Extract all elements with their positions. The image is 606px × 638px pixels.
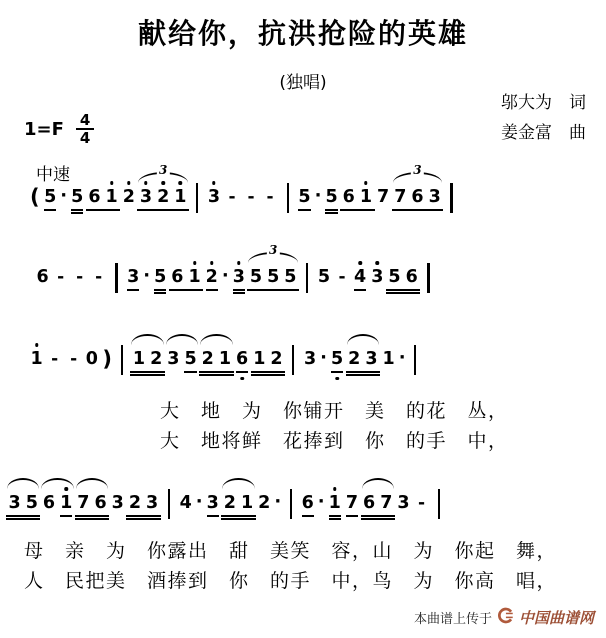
- group-notes: 23: [126, 492, 160, 514]
- duration-dash: -: [226, 186, 239, 208]
- note: 1: [383, 348, 395, 370]
- note: 7: [77, 492, 89, 514]
- triplet-number: 3: [411, 164, 423, 176]
- note: 2: [224, 492, 236, 514]
- beam-underline: [298, 209, 310, 211]
- slur-arc: [41, 478, 73, 489]
- augmentation-dot: ·: [274, 492, 281, 512]
- slur-group: 56: [386, 266, 420, 288]
- beam-underline: [346, 515, 358, 517]
- barline: [196, 183, 198, 213]
- beam-underline: [233, 292, 245, 294]
- note-digit: 6: [302, 493, 314, 513]
- note: 1: [133, 348, 145, 370]
- note: 3: [146, 492, 158, 514]
- lyrics-verse2-line1: 大 地将鲜 花捧到 你 的手 中，: [160, 426, 509, 453]
- beam-underline: [251, 371, 285, 373]
- time-signature-top: 4: [76, 112, 94, 130]
- barline: [306, 263, 308, 293]
- slur-group: 61: [169, 266, 203, 288]
- slur-group: 12: [251, 348, 285, 370]
- note-digit: 3: [397, 493, 409, 513]
- group-notes: 56: [386, 266, 420, 288]
- note-digit: 5: [388, 267, 400, 287]
- octave-up-dot: [333, 487, 337, 491]
- note: 3: [167, 348, 179, 370]
- slur-group: 23: [346, 348, 380, 370]
- note-digit: 5: [298, 187, 310, 207]
- note: 6: [343, 186, 355, 208]
- barline: [287, 183, 289, 213]
- qupu-site-logo-icon: [497, 607, 514, 628]
- note-digit: 3: [146, 493, 158, 513]
- group-notes: 61: [86, 186, 120, 208]
- note-digit: 7: [346, 493, 358, 513]
- beam-underline: [154, 289, 166, 291]
- parenthesis: (: [30, 186, 40, 209]
- note-digit: 6: [236, 349, 248, 369]
- octave-up-dot: [210, 261, 214, 265]
- augmentation-dot: ·: [315, 186, 322, 206]
- augmentation-dot: ·: [399, 348, 406, 368]
- slur-arc: [362, 478, 394, 489]
- beam-underline: [361, 515, 395, 517]
- note: 2: [123, 186, 135, 208]
- sheet-music-page: 献给你，抗洪抢险的英雄 (独唱) 邬大为 词 姜金富 曲 1=F 4 4 中速 …: [0, 0, 606, 638]
- music-line-4: 3561763234·3212·6·17673-: [6, 492, 447, 519]
- note-digit: 1: [31, 349, 43, 369]
- note-digit: 6: [171, 267, 183, 287]
- note: 1: [106, 186, 118, 208]
- music-line-2: 6---3·5612·355535-4356: [34, 266, 437, 293]
- group-notes: 61: [169, 266, 203, 288]
- barline: [414, 345, 416, 375]
- group-notes: 35: [6, 492, 40, 514]
- group-notes: 12: [251, 348, 285, 370]
- note: 5: [250, 266, 262, 288]
- note: 5: [331, 348, 343, 370]
- note: 7: [394, 186, 406, 208]
- note-digit: 3: [207, 493, 219, 513]
- barline: [121, 345, 123, 375]
- note: 6: [236, 348, 248, 370]
- octave-up-dot: [127, 181, 131, 185]
- group-notes: 21: [199, 348, 233, 370]
- barline: [450, 183, 452, 213]
- beam-underline: [325, 212, 337, 214]
- note: 2: [258, 492, 270, 514]
- beam-underline: [199, 371, 233, 373]
- slur-group: 12: [130, 348, 164, 370]
- note: 7: [377, 186, 389, 208]
- note-digit: 2: [270, 349, 282, 369]
- note: 3: [304, 348, 316, 370]
- note-digit: 6: [343, 187, 355, 207]
- note: 5: [71, 186, 83, 208]
- note-digit: 6: [37, 267, 49, 287]
- upload-note: 本曲谱上传于: [414, 608, 492, 627]
- note: 2: [348, 348, 360, 370]
- note-digit: 1: [60, 493, 72, 513]
- note: 2: [129, 492, 141, 514]
- beam-underline: [71, 209, 83, 211]
- note: 5: [26, 492, 38, 514]
- slur-arc: [166, 334, 198, 345]
- note-digit: 1: [106, 187, 118, 207]
- beam-underline: [126, 518, 160, 520]
- group-notes: 763: [392, 186, 444, 208]
- note: 6: [43, 492, 55, 514]
- note: 1: [253, 348, 265, 370]
- note-digit: 6: [43, 493, 55, 513]
- time-signature-bottom: 4: [76, 130, 94, 146]
- augmentation-dot: ·: [143, 266, 150, 286]
- triplet-number: 3: [157, 164, 169, 176]
- octave-up-dot: [237, 261, 241, 265]
- note: 5: [388, 266, 400, 288]
- note: 3: [365, 348, 377, 370]
- site-name: 中国曲谱网: [519, 607, 594, 628]
- music-line-1: (5·561232133---5·56177633: [28, 186, 460, 213]
- beam-underline: [154, 292, 166, 294]
- note-digit: 5: [318, 267, 330, 287]
- song-title: 献给你，抗洪抢险的英雄: [0, 12, 606, 52]
- note: 7: [346, 492, 358, 514]
- note-digit: 6: [411, 187, 423, 207]
- octave-up-dot: [364, 181, 368, 185]
- note: 6: [302, 492, 314, 514]
- duration-dash: -: [67, 348, 80, 370]
- beam-underline: [137, 209, 189, 211]
- group-notes: 21: [221, 492, 255, 514]
- beam-underline: [207, 515, 219, 517]
- beam-underline: [329, 515, 341, 517]
- note-digit: 2: [202, 349, 214, 369]
- barline: [115, 263, 117, 293]
- augmentation-dot: ·: [318, 492, 325, 512]
- beam-underline: [206, 289, 218, 291]
- credits: 邬大为 词 姜金富 曲: [501, 88, 586, 148]
- note: 5: [325, 186, 337, 208]
- slur-group: 61: [40, 492, 74, 514]
- note-digit: 3: [304, 349, 316, 369]
- beam-underline: [302, 515, 314, 517]
- beam-underline: [247, 289, 299, 291]
- note: 3: [233, 266, 245, 288]
- note-digit: 1: [360, 187, 372, 207]
- beam-underline: [60, 515, 72, 517]
- beam-underline: [361, 518, 395, 520]
- parenthesis: ): [102, 348, 112, 371]
- note-digit: 3: [208, 187, 220, 207]
- note: 6: [171, 266, 183, 288]
- note-digit: 6: [88, 187, 100, 207]
- lyrics-verse1-line1: 大 地 为 你铺开 美 的花 丛，: [160, 396, 509, 423]
- note-digit: 3: [365, 349, 377, 369]
- note-digit: 3: [167, 349, 179, 369]
- note-digit: 3: [233, 267, 245, 287]
- slur-arc: [131, 334, 163, 345]
- beam-underline: [325, 209, 337, 211]
- note-digit: 5: [250, 267, 262, 287]
- lyrics-verse1-line2: 母 亲 为 你露出 甜 美笑 容，山 为 你起 舞，: [24, 536, 557, 563]
- beam-underline: [6, 518, 40, 520]
- octave-up-dot: [35, 343, 39, 347]
- lyricist-credit: 邬大为 词: [501, 88, 586, 118]
- beam-underline: [75, 515, 109, 517]
- note-digit: 1: [383, 349, 395, 369]
- slur-group: 21: [221, 492, 255, 514]
- note: 6: [94, 492, 106, 514]
- augmentation-dot: ·: [320, 348, 327, 368]
- note-digit: 2: [129, 493, 141, 513]
- key-time-signature: 1=F 4 4: [24, 112, 94, 146]
- note-digit: 5: [267, 267, 279, 287]
- note-digit: 3: [140, 187, 152, 207]
- octave-up-dot: [193, 261, 197, 265]
- note: 3: [9, 492, 21, 514]
- group-notes: 61: [40, 492, 74, 514]
- beam-underline: [346, 374, 380, 376]
- note: 6: [363, 492, 375, 514]
- group-notes: 12: [130, 348, 164, 370]
- note: 5: [154, 266, 166, 288]
- group-notes: 76: [75, 492, 109, 514]
- note: 1: [174, 186, 186, 208]
- note-digit: 7: [77, 493, 89, 513]
- duration-dash: -: [336, 266, 349, 288]
- note: 5: [44, 186, 56, 208]
- note-digit: 2: [123, 187, 135, 207]
- group-notes: 67: [361, 492, 395, 514]
- note-digit: 5: [331, 349, 343, 369]
- note: 5: [318, 266, 330, 288]
- note-digit: 3: [429, 187, 441, 207]
- note: 6: [406, 266, 418, 288]
- note-digit: 5: [284, 267, 296, 287]
- note-digit: 7: [377, 187, 389, 207]
- note: 2: [206, 266, 218, 288]
- duration-dash: -: [415, 492, 428, 514]
- duration-dash: -: [48, 348, 61, 370]
- note: 3: [208, 186, 220, 208]
- beam-underline: [354, 289, 366, 291]
- beam-underline: [75, 518, 109, 520]
- note-digit: 3: [112, 493, 124, 513]
- note: 3: [207, 492, 219, 514]
- beam-underline: [199, 374, 233, 376]
- note: 5: [284, 266, 296, 288]
- beam-underline: [340, 209, 374, 211]
- slur-arc: [200, 334, 232, 345]
- note-digit: 3: [9, 493, 21, 513]
- beam-underline: [71, 212, 83, 214]
- rest-note: 0: [86, 348, 98, 370]
- note: 3: [127, 266, 139, 288]
- lyrics-verse2-line2: 人 民把美 酒捧到 你 的手 中，鸟 为 你高 唱，: [24, 566, 557, 593]
- slur-group: 76: [75, 492, 109, 514]
- note: 6: [88, 186, 100, 208]
- beam-underline: [233, 289, 245, 291]
- note: 1: [360, 186, 372, 208]
- triplet-group: 5553: [247, 266, 299, 288]
- note-digit: 1: [188, 267, 200, 287]
- augmentation-dot: ·: [222, 266, 229, 286]
- barline: [292, 345, 294, 375]
- note-digit: 2: [206, 267, 218, 287]
- triplet-group: 3213: [137, 186, 189, 208]
- composer-credit: 姜金富 曲: [501, 118, 586, 148]
- note: 3: [140, 186, 152, 208]
- note: 1: [241, 492, 253, 514]
- barline: [438, 489, 440, 519]
- note-digit: 5: [71, 187, 83, 207]
- duration-dash: -: [92, 266, 105, 288]
- note: 1: [219, 348, 231, 370]
- group-notes: 35: [165, 348, 199, 370]
- note: 1: [60, 492, 72, 514]
- note-digit: 5: [325, 187, 337, 207]
- note: 4: [354, 266, 366, 288]
- octave-up-dot: [110, 181, 114, 185]
- note-digit: 0: [86, 349, 98, 369]
- note: 5: [184, 348, 196, 370]
- slur-group: 61: [340, 186, 374, 208]
- beam-underline: [386, 292, 420, 294]
- triplet-number: 3: [267, 244, 279, 256]
- beam-underline: [392, 209, 444, 211]
- group-notes: 61: [340, 186, 374, 208]
- note-digit: 4: [180, 493, 192, 513]
- beam-underline: [127, 289, 139, 291]
- augmentation-dot: ·: [60, 186, 67, 206]
- note: 3: [112, 492, 124, 514]
- note-digit: 5: [26, 493, 38, 513]
- slur-group: 23: [126, 492, 160, 514]
- note: 1: [31, 348, 43, 370]
- group-notes: 23: [346, 348, 380, 370]
- note-digit: 1: [174, 187, 186, 207]
- note-digit: 6: [406, 267, 418, 287]
- slur-group: 21: [199, 348, 233, 370]
- note: 6: [411, 186, 423, 208]
- beam-underline: [331, 371, 343, 373]
- beam-underline: [130, 371, 164, 373]
- note-digit: 6: [363, 493, 375, 513]
- barline: [168, 489, 170, 519]
- note-digit: 2: [348, 349, 360, 369]
- slur-arc: [76, 478, 108, 489]
- augmentation-dot: ·: [196, 492, 203, 512]
- barline: [427, 263, 429, 293]
- note-digit: 3: [371, 267, 383, 287]
- note: 5: [267, 266, 279, 288]
- note: 2: [270, 348, 282, 370]
- beam-underline: [221, 515, 255, 517]
- barline: [290, 489, 292, 519]
- note-digit: 6: [94, 493, 106, 513]
- note: 1: [329, 492, 341, 514]
- note: 1: [188, 266, 200, 288]
- note-digit: 1: [241, 493, 253, 513]
- note: 3: [371, 266, 383, 288]
- beam-underline: [44, 209, 56, 211]
- beam-underline: [236, 371, 248, 373]
- footer: 本曲谱上传于 中国曲谱网: [414, 607, 594, 628]
- beam-underline: [169, 289, 203, 291]
- note-digit: 2: [150, 349, 162, 369]
- beam-underline: [251, 374, 285, 376]
- note-digit: 1: [219, 349, 231, 369]
- note: 6: [37, 266, 49, 288]
- beam-underline: [221, 518, 255, 520]
- duration-dash: -: [264, 186, 277, 208]
- note-digit: 1: [133, 349, 145, 369]
- beam-underline: [6, 515, 40, 517]
- group-notes: 555: [247, 266, 299, 288]
- key-label: 1=F: [24, 119, 64, 140]
- note-digit: 3: [127, 267, 139, 287]
- slur-group: 61: [86, 186, 120, 208]
- note: 4: [180, 492, 192, 514]
- note-digit: 2: [224, 493, 236, 513]
- note-digit: 2: [258, 493, 270, 513]
- octave-up-dot: [376, 261, 380, 265]
- note-digit: 7: [380, 493, 392, 513]
- note-digit: 7: [394, 187, 406, 207]
- note-digit: 1: [329, 493, 341, 513]
- slur-group: 35: [165, 348, 199, 370]
- note-digit: 1: [253, 349, 265, 369]
- note-digit: 5: [44, 187, 56, 207]
- slur-arc: [7, 478, 39, 489]
- beam-underline: [346, 371, 380, 373]
- time-signature: 4 4: [76, 112, 94, 146]
- note: 5: [298, 186, 310, 208]
- octave-down-dot: [335, 377, 339, 381]
- note-digit: 4: [354, 267, 366, 287]
- octave-down-dot: [240, 377, 244, 381]
- note: 2: [157, 186, 169, 208]
- slur-group: 35: [6, 492, 40, 514]
- duration-dash: -: [54, 266, 67, 288]
- note: 7: [380, 492, 392, 514]
- octave-up-dot: [358, 261, 362, 265]
- note: 2: [202, 348, 214, 370]
- music-line-3: 1--0)1235216123·5231·: [28, 348, 423, 375]
- note-digit: 2: [157, 187, 169, 207]
- beam-underline: [386, 289, 420, 291]
- octave-up-dot: [212, 181, 216, 185]
- note-digit: 5: [184, 349, 196, 369]
- triplet-group: 7633: [392, 186, 444, 208]
- slur-arc: [347, 334, 379, 345]
- beam-underline: [130, 374, 164, 376]
- duration-dash: -: [245, 186, 258, 208]
- note-digit: 5: [154, 267, 166, 287]
- slur-group: 67: [361, 492, 395, 514]
- note: 3: [429, 186, 441, 208]
- duration-dash: -: [73, 266, 86, 288]
- beam-underline: [329, 518, 341, 520]
- beam-underline: [184, 371, 196, 373]
- tempo-marking: 中速: [36, 160, 70, 185]
- note: 3: [397, 492, 409, 514]
- beam-underline: [86, 209, 120, 211]
- group-notes: 321: [137, 186, 189, 208]
- note: 2: [150, 348, 162, 370]
- slur-arc: [222, 478, 254, 489]
